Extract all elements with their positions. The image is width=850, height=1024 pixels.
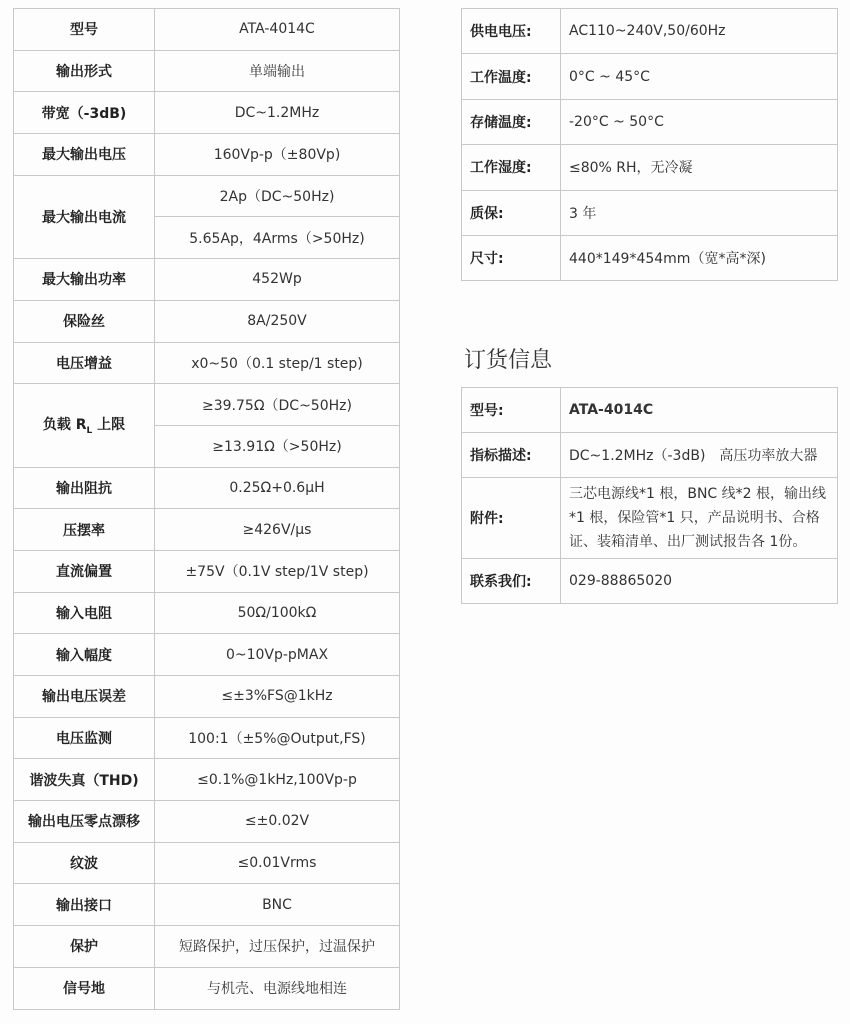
spec-key: 保护 [14,926,155,968]
spec-value: 160Vp-p（±80Vp) [155,134,400,176]
spec-table: 型号ATA-4014C 输出形式单端输出 带宽（-3dB)DC~1.2MHz 最… [13,8,400,1010]
table-row: 纹波≤0.01Vrms [14,842,400,884]
table-row: 型号ATA-4014C [14,9,400,51]
order-value-model: ATA-4014C [561,388,838,433]
order-info-heading: 订货信息 [464,343,552,374]
spec-value: 8A/250V [155,300,400,342]
spec-value: 100:1（±5%@Output,FS) [155,717,400,759]
spec-key-load-rl: 负载 RL 上限 [14,384,155,467]
spec-key: 电压增益 [14,342,155,384]
spec-value: ±75V（0.1V step/1V step) [155,550,400,592]
table-row: 质保:3 年 [462,190,838,235]
spec-value: 单端输出 [155,50,400,92]
spec-key: 压摆率 [14,509,155,551]
spec-key: 型号 [14,9,155,51]
table-row: 尺寸:440*149*454mm（宽*高*深) [462,235,838,280]
spec-value: DC~1.2MHz [155,92,400,134]
contact-phone: 029-88865020 [561,559,838,604]
spec-key: 最大输出电流 [14,175,155,258]
spec-value: 2Ap（DC~50Hz) [155,175,400,217]
spec-value: ≤0.1%@1kHz,100Vp-p [155,759,400,801]
spec-key: 带宽（-3dB) [14,92,155,134]
spec-key: 输出电压零点漂移 [14,801,155,843]
env-key: 存储温度: [462,99,561,144]
spec-key: 输出接口 [14,884,155,926]
table-row: 输入电阻50Ω/100kΩ [14,592,400,634]
order-info-table: 型号:ATA-4014C 指标描述:DC~1.2MHz（-3dB) 高压功率放大… [461,387,838,604]
env-key: 工作湿度: [462,145,561,190]
table-row: 信号地与机壳、电源线地相连 [14,967,400,1009]
table-row: 工作湿度:≤80% RH，无冷凝 [462,145,838,190]
spec-key: 输入幅度 [14,634,155,676]
spec-key: 信号地 [14,967,155,1009]
table-row: 输出电压零点漂移≤±0.02V [14,801,400,843]
env-value: 440*149*454mm（宽*高*深) [561,235,838,280]
spec-key: 直流偏置 [14,550,155,592]
table-row: 最大输出电压160Vp-p（±80Vp) [14,134,400,176]
table-row: 指标描述:DC~1.2MHz（-3dB) 高压功率放大器 [462,433,838,478]
env-value: ≤80% RH，无冷凝 [561,145,838,190]
env-key: 质保: [462,190,561,235]
spec-key: 输出电压误差 [14,676,155,718]
spec-value: 5.65Ap，4Arms（>50Hz) [155,217,400,259]
spec-value: BNC [155,884,400,926]
spec-value: ≤±3%FS@1kHz [155,676,400,718]
spec-value: 0~10Vp-pMAX [155,634,400,676]
spec-key: 纹波 [14,842,155,884]
spec-value: ≥13.91Ω（>50Hz) [155,425,400,467]
table-row: 输出阻抗0.25Ω+0.6μH [14,467,400,509]
spec-value: 0.25Ω+0.6μH [155,467,400,509]
table-row: 最大输出功率452Wp [14,259,400,301]
order-value-accessories: 三芯电源线*1 根，BNC 线*2 根，输出线*1 根，保险管*1 只，产品说明… [561,478,838,559]
table-row: 最大输出电流2Ap（DC~50Hz) [14,175,400,217]
table-row: 供电电压:AC110~240V,50/60Hz [462,9,838,54]
order-key: 型号: [462,388,561,433]
environment-table: 供电电压:AC110~240V,50/60Hz 工作温度:0°C ~ 45°C … [461,8,838,281]
table-row: 保险丝8A/250V [14,300,400,342]
env-key: 工作温度: [462,54,561,99]
order-value: DC~1.2MHz（-3dB) 高压功率放大器 [561,433,838,478]
spec-value: ≤0.01Vrms [155,842,400,884]
table-row: 输出电压误差≤±3%FS@1kHz [14,676,400,718]
table-row: 输出接口BNC [14,884,400,926]
spec-key: 电压监测 [14,717,155,759]
order-key: 指标描述: [462,433,561,478]
env-key: 供电电压: [462,9,561,54]
spec-value: 452Wp [155,259,400,301]
table-row: 电压增益x0~50（0.1 step/1 step) [14,342,400,384]
spec-value: ≤±0.02V [155,801,400,843]
table-row: 输入幅度0~10Vp-pMAX [14,634,400,676]
spec-key: 最大输出功率 [14,259,155,301]
table-row: 压摆率≥426V/μs [14,509,400,551]
env-value: -20°C ~ 50°C [561,99,838,144]
spec-key: 谐波失真（THD) [14,759,155,801]
env-value: AC110~240V,50/60Hz [561,9,838,54]
table-row: 负载 RL 上限≥39.75Ω（DC~50Hz) [14,384,400,426]
spec-value: ≥39.75Ω（DC~50Hz) [155,384,400,426]
key-suffix: 上限 [92,417,125,433]
order-key: 联系我们: [462,559,561,604]
spec-key: 保险丝 [14,300,155,342]
table-row: 附件:三芯电源线*1 根，BNC 线*2 根，输出线*1 根，保险管*1 只，产… [462,478,838,559]
order-key: 附件: [462,478,561,559]
spec-value: x0~50（0.1 step/1 step) [155,342,400,384]
env-value: 3 年 [561,190,838,235]
table-row: 谐波失真（THD)≤0.1%@1kHz,100Vp-p [14,759,400,801]
spec-value: 短路保护，过压保护，过温保护 [155,926,400,968]
table-row: 带宽（-3dB)DC~1.2MHz [14,92,400,134]
spec-value: 50Ω/100kΩ [155,592,400,634]
spec-value: 与机壳、电源线地相连 [155,967,400,1009]
spec-value: ATA-4014C [155,9,400,51]
spec-key: 输出形式 [14,50,155,92]
key-prefix: 负载 R [43,417,87,433]
spec-key: 输出阻抗 [14,467,155,509]
table-row: 输出形式单端输出 [14,50,400,92]
table-row: 保护短路保护，过压保护，过温保护 [14,926,400,968]
table-row: 存储温度:-20°C ~ 50°C [462,99,838,144]
table-row: 联系我们:029-88865020 [462,559,838,604]
table-row: 工作温度:0°C ~ 45°C [462,54,838,99]
env-key: 尺寸: [462,235,561,280]
table-row: 直流偏置±75V（0.1V step/1V step) [14,550,400,592]
env-value: 0°C ~ 45°C [561,54,838,99]
spec-value: ≥426V/μs [155,509,400,551]
table-row: 电压监测100:1（±5%@Output,FS) [14,717,400,759]
spec-key: 最大输出电压 [14,134,155,176]
spec-key: 输入电阻 [14,592,155,634]
table-row: 型号:ATA-4014C [462,388,838,433]
